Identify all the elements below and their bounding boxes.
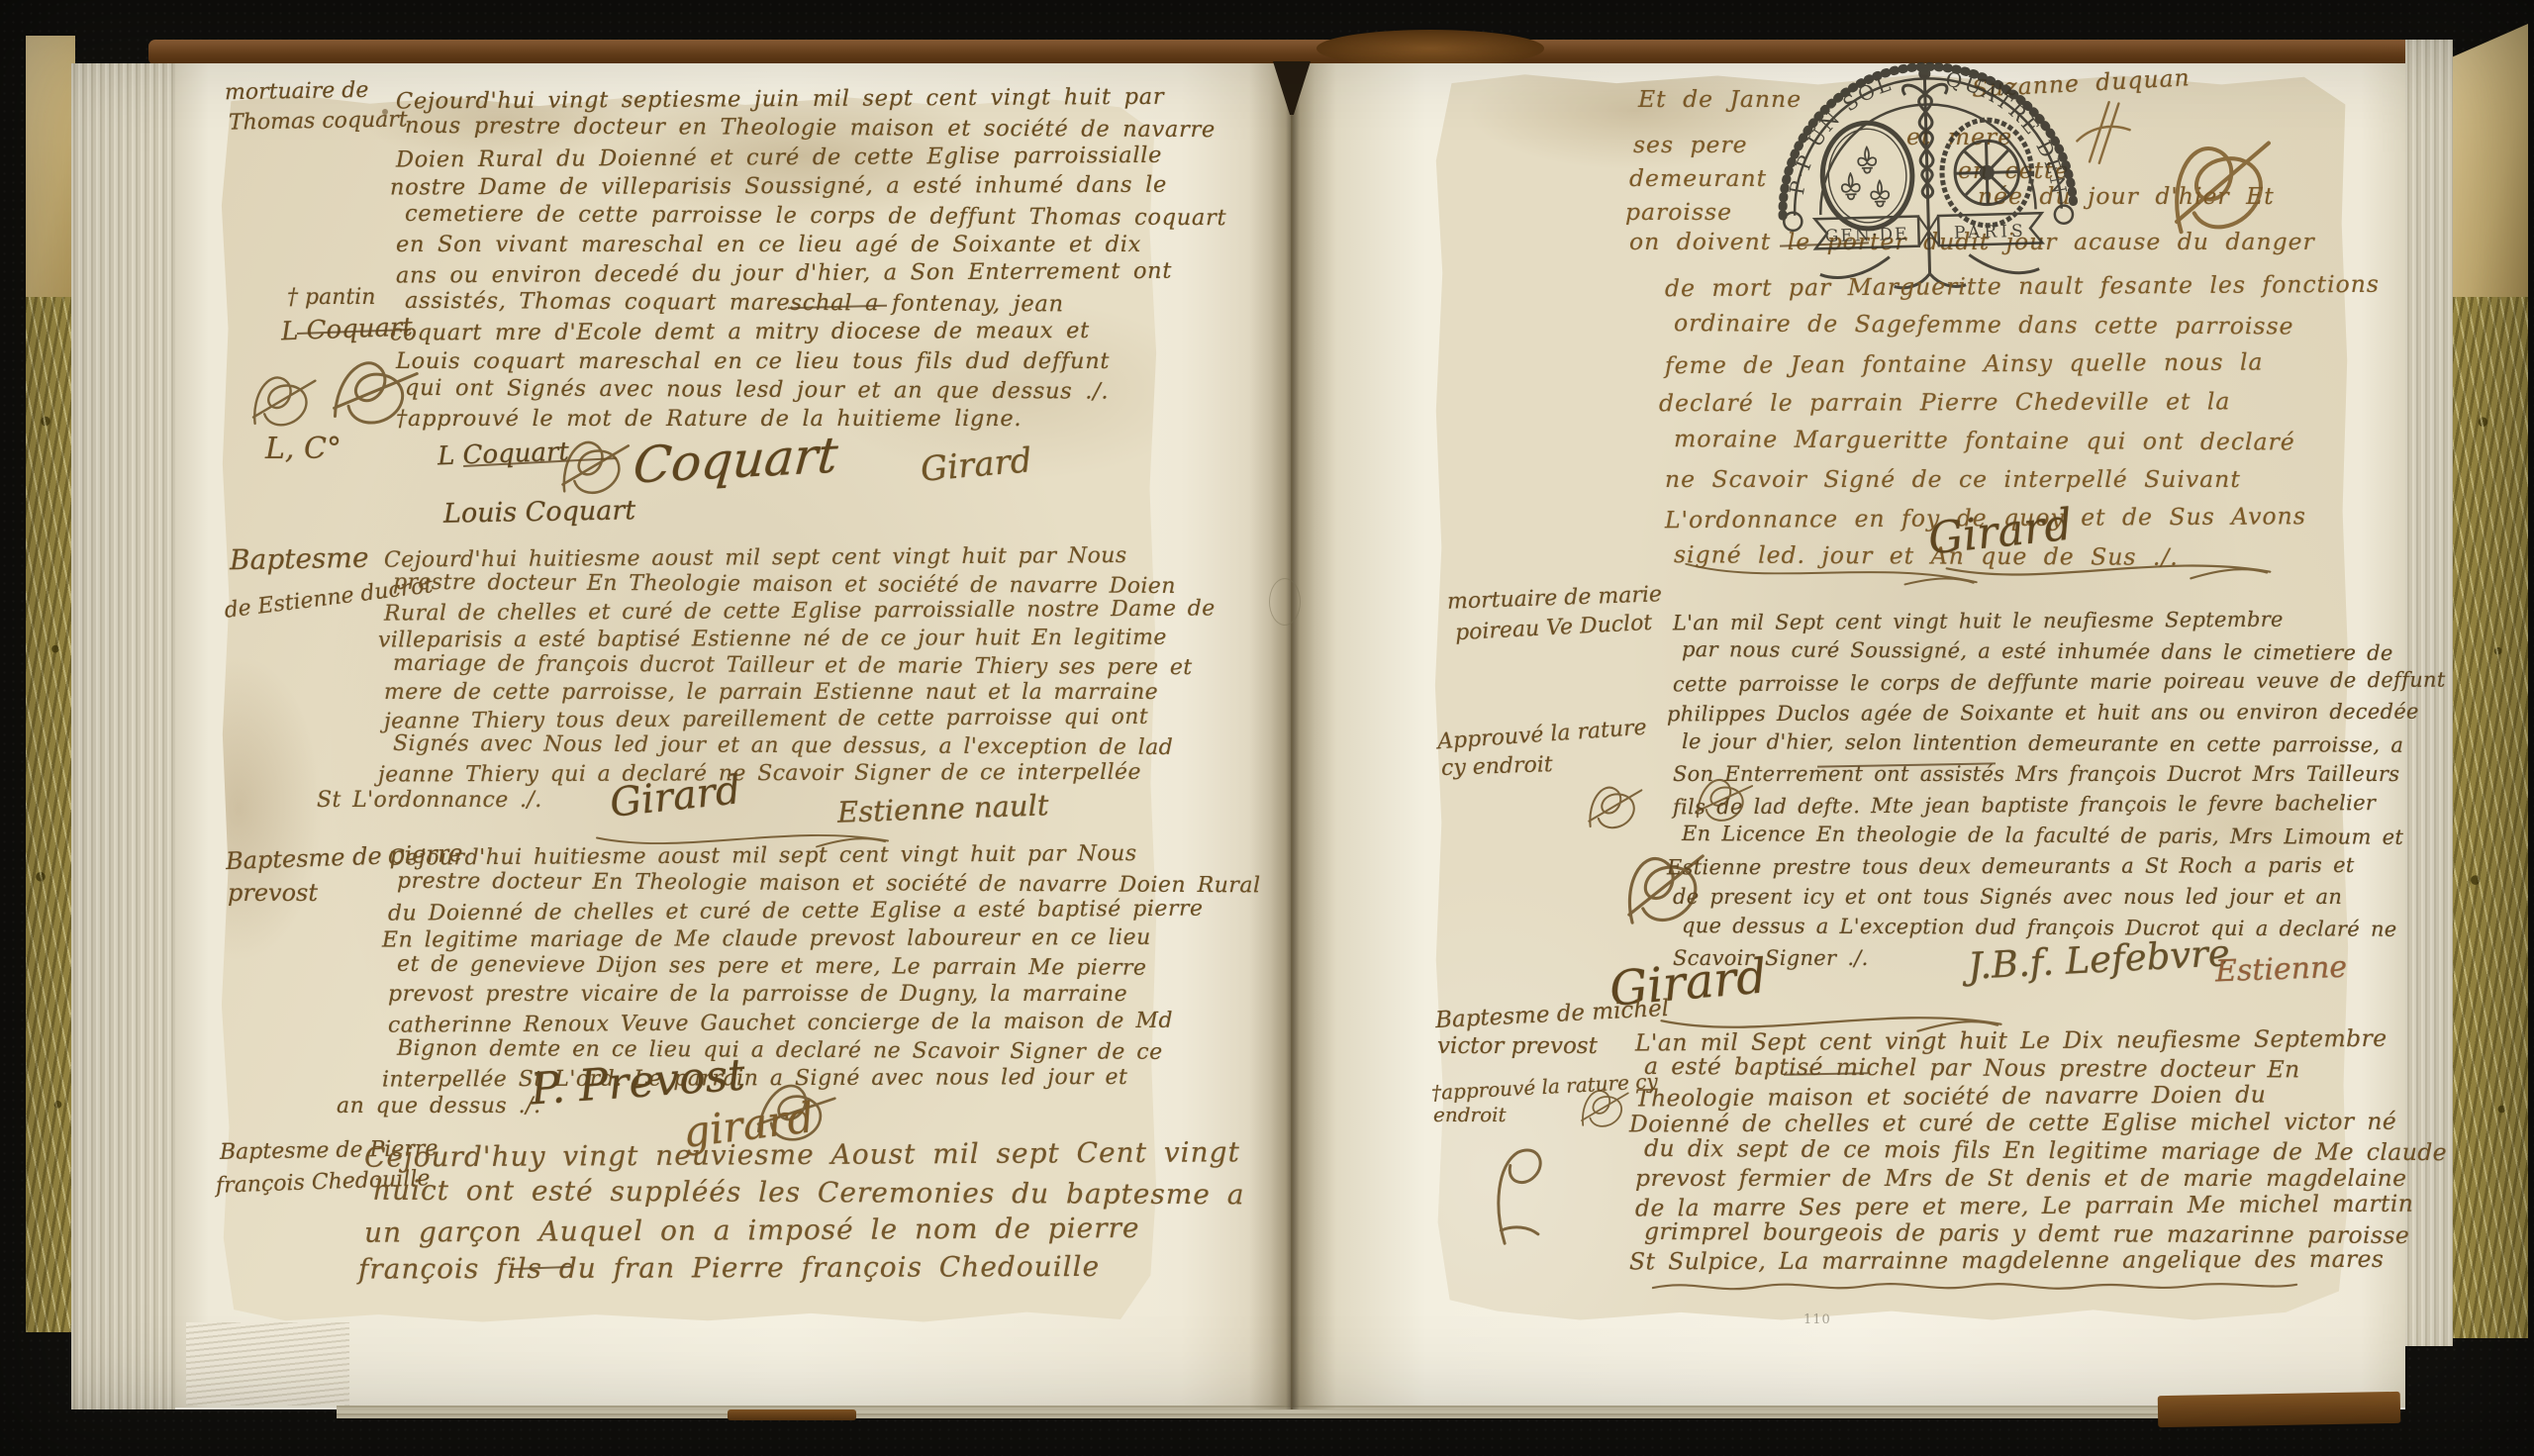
manuscript-line: en Son vivant mareschal en ce lieu agé d… — [396, 231, 1218, 259]
manuscript-line: ans ou environ decedé du jour d'hier, a … — [396, 257, 1218, 291]
ink-dot — [382, 109, 388, 115]
margin-note-approuve-rature-cy-2: endroit — [1433, 1103, 1507, 1126]
manuscript-line: du Doienné de chelles et curé de cette E… — [388, 896, 1252, 928]
manuscript-line: du dix sept de ce mois fils En legitime … — [1644, 1135, 2447, 1167]
wheel-icon — [1954, 140, 2019, 205]
manuscript-line: Doien Rural du Doienné et curé de cette … — [396, 141, 1218, 174]
manuscript-line: le jour d'hier, selon lintention demeura… — [1682, 727, 2455, 761]
fleur-de-lis-icon — [1841, 146, 1890, 207]
margin-note-mortuaire-coquart-2: Thomas coquart — [229, 107, 408, 135]
margin-note-baptesme-ducrot: Baptesme — [230, 541, 369, 576]
scribble-flourish — [2147, 106, 2302, 265]
manuscript-line: ne Scavoir Signé de ce interpellé Suivan… — [1665, 460, 2380, 499]
signature-flourish-underline — [1940, 550, 2277, 590]
paraph-flourish-p — [1477, 1138, 1551, 1252]
baptism-record-michel-victor-prevost: L'an mil Sept cent vingt huit Le Dix neu… — [1635, 1027, 2438, 1275]
signature-estienne: Estienne — [2214, 950, 2347, 990]
revenue-stamp-generalite-de-paris: P·P·UN SOL QUATRE DEN — [1765, 55, 2090, 297]
manuscript-line: Bignon demte en ce lieu qui a declaré ne… — [397, 1034, 1261, 1067]
manuscript-line: Son Enterrement ont assistés Mrs françoi… — [1673, 759, 2446, 790]
manuscript-line: un garçon Auquel on a imposé le nom de p… — [364, 1209, 1240, 1251]
page-number-mark: 110 — [1803, 1312, 1831, 1327]
margin-note-baptesme-prevost-2: prevost — [228, 879, 318, 907]
signature-louis-coquart: Louis Coquart — [443, 495, 636, 529]
manuscript-line: En Licence En theologie de la faculté de… — [1682, 819, 2455, 853]
open-register-photograph: mortuaire de Thomas coquart † pantin L C… — [0, 0, 2534, 1456]
manuscript-fragment: ses pere — [1633, 131, 1748, 158]
left-cover-leather — [26, 36, 75, 301]
margin-note-pantin-correction: † pantin — [287, 285, 375, 310]
manuscript-line: Cejourd'huy vingt neuviesme Aoust mil se… — [364, 1133, 1240, 1176]
manuscript-line: par nous curé Soussigné, a esté inhumée … — [1682, 634, 2455, 669]
gutter-shadow — [1249, 63, 1336, 1409]
manuscript-line: assistés, Thomas coquart mareschal a fon… — [405, 287, 1226, 321]
page-stack-edges — [186, 1322, 349, 1406]
manuscript-line: Estienne prestre tous deux demeurants a … — [1667, 850, 2440, 884]
manuscript-line: de present icy et ont tous Signés avec n… — [1673, 882, 2446, 913]
stamp-volute-right — [2055, 205, 2074, 224]
manuscript-line: cemetiere de cette parroisse le corps de… — [405, 199, 1226, 233]
page-edges-left — [71, 63, 175, 1409]
baptism-record-estienne-ducrot: Cejourd'hui huitiesme aoust mil sept cen… — [384, 544, 1216, 814]
manuscript-line: nous prestre docteur en Theologie maison… — [405, 112, 1226, 146]
gutter-line — [1291, 63, 1293, 1409]
manuscript-line: ordinaire de Sagefemme dans cette parroi… — [1674, 304, 2388, 346]
manuscript-line: coquart mre d'Ecole demt a mitry diocese… — [390, 317, 1212, 348]
manuscript-line: prevost fermier de Mrs de St denis et de… — [1635, 1165, 2438, 1193]
manuscript-line: qui ont Signés avec nous lesd jour et an… — [405, 374, 1226, 408]
manuscript-line: Rural de chelles et curé de cette Eglise… — [384, 596, 1216, 628]
right-cover-leather — [2453, 24, 2528, 299]
gutter-pencil-mark — [1269, 578, 1301, 626]
manuscript-line: villeparisis a esté baptisé Estienne né … — [378, 624, 1210, 653]
page-edges-bottom — [337, 1406, 2386, 1418]
margin-initials-l-c: L, C° — [265, 432, 341, 466]
left-cover-marble — [26, 297, 75, 1332]
burial-record-marie-poireau: L'an mil Sept cent vingt huit le neufies… — [1673, 606, 2446, 974]
signature-l-coquart: L Coquart — [438, 437, 570, 472]
manuscript-line: catherinne Renoux Veuve Gauchet concierg… — [388, 1007, 1252, 1039]
right-cover-marble — [2453, 297, 2528, 1338]
manuscript-line: Louis coquart mareschal en ce lieu tous … — [396, 347, 1218, 376]
stamp-volute-left — [1784, 213, 1803, 232]
manuscript-line: St Sulpice, La marrainne magdelenne ange… — [1629, 1246, 2432, 1277]
entry-closing-rule — [1648, 1275, 2301, 1299]
baptism-record-chedouille: Cejourd'huy vingt neuviesme Aoust mil se… — [364, 1136, 1240, 1287]
burial-record-thomas-coquart: Cejourd'hui vingt septiesme juin mil sep… — [396, 85, 1218, 435]
margin-note-approuve-rature-2: cy endroit — [1441, 752, 1553, 781]
manuscript-line: L'an mil Sept cent vingt huit le neufies… — [1673, 604, 2446, 639]
manuscript-line: huict ont esté suppléés les Ceremonies d… — [373, 1172, 1249, 1214]
manuscript-fragment: paroisse — [1625, 198, 1732, 226]
manuscript-line: françois fils du fran Pierre françois Ch… — [358, 1247, 1234, 1288]
manuscript-line: feme de Jean fontaine Ainsy quelle nous … — [1665, 342, 2380, 385]
stamp-base-text-left: GEN·DE — [1825, 225, 1909, 246]
manuscript-fragment: demeurant — [1629, 164, 1767, 192]
cover-edge-sliver — [728, 1409, 856, 1420]
manuscript-line: Signés avec Nous led jour et an que dess… — [393, 730, 1224, 762]
manuscript-line: prevost prestre vicaire de la parroisse … — [388, 981, 1252, 1009]
paraph-flourish — [1564, 774, 1668, 841]
manuscript-line: de mort par Margueritte nault fesante le… — [1665, 265, 2380, 308]
manuscript-line: moraine Margueritte fontaine qui ont dec… — [1674, 420, 2388, 462]
manuscript-line: declaré le parrain Pierre Chedeville et … — [1659, 382, 2374, 424]
margin-note-mortuaire-coquart: mortuaire de — [225, 78, 369, 106]
manuscript-line: philippes Duclos agée de Soixante et hui… — [1667, 697, 2440, 730]
stamp-base-text-right: PARIS — [1954, 222, 2027, 243]
manuscript-line: En legitime mariage de Me claude prevost… — [382, 924, 1246, 955]
manuscript-line: jeanne Thiery qui a declaré ne Scavoir S… — [378, 758, 1210, 788]
manuscript-line: et de genevieve Dijon ses pere et mere, … — [397, 951, 1261, 984]
margin-note-baptesme-michel-2: victor prevost — [1437, 1033, 1598, 1059]
cover-corner-sliver — [2158, 1392, 2401, 1427]
manuscript-line: mere de cette parroisse, le parrain Esti… — [384, 679, 1216, 706]
spine-roll — [1316, 30, 1544, 67]
manuscript-line: mariage de françois ducrot Tailleur et d… — [393, 650, 1224, 682]
manuscript-line: fils de lad defte. Mte jean baptiste fra… — [1673, 788, 2446, 824]
manuscript-line: a esté baptisé michel par Nous prestre d… — [1644, 1053, 2447, 1085]
fleur-de-lis-oval — [1821, 122, 1913, 230]
manuscript-line: nostre Dame de villeparisis Soussigné, a… — [390, 171, 1212, 203]
manuscript-line: cette parroisse le corps de deffunte mar… — [1673, 665, 2446, 701]
signature-coquart: Coquart — [632, 426, 840, 494]
